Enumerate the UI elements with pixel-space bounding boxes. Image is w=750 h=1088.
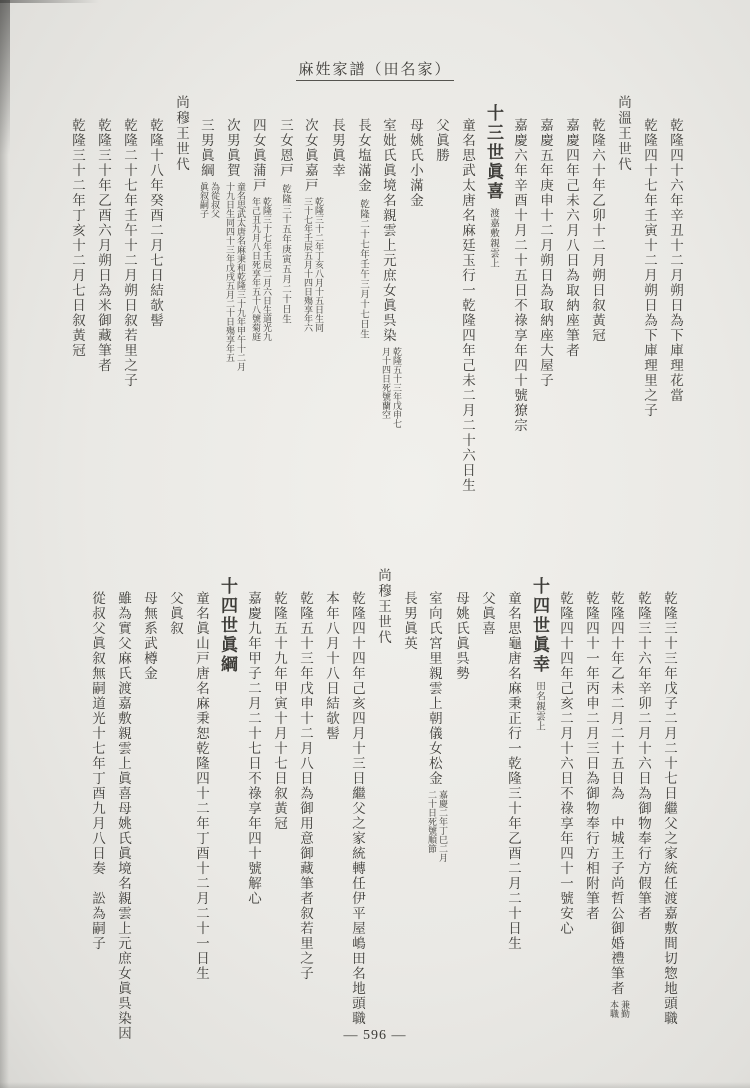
page-number: — 596 — [0, 1028, 750, 1044]
entry-text-column: 童名思武太唐名麻廷玉行一乾隆四年己未二月二十六日生 [454, 95, 480, 573]
entry-text-column: 嘉慶九年甲子二月二十七日不祿享年四十號解心 [240, 568, 266, 1073]
column-text: 乾隆四十一年丙申二月三日為御物奉行方相附筆者 [584, 591, 599, 921]
annotation-line: 為從叔父 [209, 182, 220, 218]
entry-text-column: 乾隆五十九年甲寅十月十七日叙黃冠 [266, 568, 292, 1073]
scanned-page-background: 麻姓家譜（田名家） 乾隆四十六年辛丑十二月朔日為下庫理花當乾隆四十七年壬寅十二月… [0, 0, 750, 1088]
annotation-line: 三十七年壬辰五月十四日殤享年六 [302, 197, 313, 332]
entry-text-column: 乾隆二十七年壬午十二月朔日叙若里之子 [116, 95, 142, 573]
column-text: 乾隆三十六年辛卯二月十六日為御物奉行方假筆者 [636, 591, 651, 921]
column-text: 十四世眞綱 [218, 577, 237, 675]
column-text: 長男眞英 [402, 591, 417, 651]
generation-heading-column: 十四世眞綱 [214, 568, 240, 1073]
column-text: 尚穆王世代 [376, 568, 391, 646]
inline-annotation: 田名親雲上 [534, 681, 544, 731]
reign-heading-column: 尚穆王世代 [168, 95, 194, 573]
entry-text-column: 三男眞綱為從叔父眞叙嗣子 [194, 95, 220, 573]
annotation-line: 本職 [608, 1000, 619, 1018]
column-text: 次女眞嘉戸 [303, 118, 318, 193]
column-text: 乾隆二十七年壬午十二月朔日叙若里之子 [122, 118, 137, 388]
column-text: 父眞勝 [434, 118, 449, 163]
generation-heading-column: 十四世眞幸田名親雲上 [526, 568, 552, 1073]
entry-text-column: 父眞叙 [162, 568, 188, 1073]
column-text: 尚穆王世代 [174, 95, 189, 173]
page-title-text: 麻姓家譜（田名家） [296, 62, 453, 81]
column-text: 嘉慶六年辛酉十月二十五日不祿享年四十號獠宗 [512, 118, 527, 433]
annotation-line: 兼勤 [619, 1000, 630, 1018]
annotation-line: 月十四日死號蘭空 [380, 347, 391, 428]
column-text: 室向氏宮里親雲上朝儀女松金 [427, 591, 442, 786]
column-text: 從叔父眞叙無嗣道光十七年丁酉九月八日奏 訟為嗣子 [90, 591, 105, 951]
column-text: 雖為實父麻氏渡嘉敷親雲上眞喜母姚氏眞境名親雲上元庶女眞呉染因 [116, 591, 131, 1041]
column-text: 乾隆三十年乙酉六月朔日為米御藏筆者 [96, 118, 111, 373]
entry-text-column: 乾隆四十四年己亥二月十六日不祿享年四十一號安心 [552, 568, 578, 1073]
column-text: 嘉慶五年庚申十二月朔日為取納座大屋子 [538, 118, 553, 388]
column-text: 嘉慶九年甲子二月二十七日不祿享年四十號解心 [246, 591, 261, 906]
annotation-line: 年己丑九月八日死享年五十八號菊庭 [250, 197, 261, 341]
column-text: 乾隆三十三年戊子二月二十七日繼父之家統任渡嘉敷間切惣地頭職 [662, 591, 677, 1026]
column-text: 父眞叙 [168, 591, 183, 636]
entry-text-column: 母無系武樽金 [136, 568, 162, 1073]
column-text: 嘉慶四年己未六月八日為取納座筆者 [564, 118, 579, 358]
column-text: 十四世眞幸 [530, 577, 549, 675]
column-text: 乾隆四十六年辛丑十二月朔日為下庫理花當 [668, 118, 683, 403]
column-text: 乾隆四十四年己亥四月十三日繼父之家統轉任伊平屋嶋田名地頭職 [350, 591, 365, 1026]
entry-text-column: 長男眞英 [396, 568, 422, 1073]
scan-edge-shadow-left [0, 0, 9, 1088]
column-text: 乾隆三十二年丁亥十二月七日叙黃冠 [70, 118, 85, 358]
column-text: 長男眞幸 [330, 118, 345, 178]
entry-text-column: 三女恩戸乾隆三十五年庚寅五月二十日生 [272, 95, 298, 573]
column-text: 童名思武太唐名麻廷玉行一乾隆四年己未二月二十六日生 [460, 118, 475, 493]
column-text: 童名眞山戸唐名麻秉恕乾隆四十二年丁酉十二月二十一日生 [194, 591, 209, 981]
annotation-line: 乾隆三十二年丁亥八月十五日生同 [313, 197, 324, 332]
column-text: 長女塩滿金 [356, 118, 371, 193]
entry-text-column: 乾隆四十四年己亥四月十三日繼父之家統轉任伊平屋嶋田名地頭職 [344, 568, 370, 1073]
entry-text-column: 乾隆四十年乙未二月二十五日為 中城王子尚哲公御婚禮筆者兼勤本職 [604, 568, 630, 1073]
scan-edge-shadow-top [0, 0, 220, 3]
annotation-line: 二十日死號順節 [426, 790, 437, 862]
entry-text-column: 父眞勝 [428, 95, 454, 573]
entry-text-column: 母姚氏小滿金 [402, 95, 428, 573]
entry-text-column: 乾隆三十年乙酉六月朔日為米御藏筆者 [90, 95, 116, 573]
column-text: 十三世眞喜 [484, 104, 503, 202]
entry-text-column: 長男眞幸 [324, 95, 350, 573]
column-text: 乾隆十八年癸酉二月七日結欹髻 [148, 118, 163, 328]
column-text: 三女恩戸 [278, 118, 293, 178]
column-text: 本年八月十八日結欹髻 [324, 591, 339, 741]
page-title: 麻姓家譜（田名家） [0, 58, 750, 79]
entry-text-column: 嘉慶六年辛酉十月二十五日不祿享年四十號獠宗 [506, 95, 532, 573]
entry-text-column: 童名思龜唐名麻秉正行一乾隆三十年乙酉二月二十日生 [500, 568, 526, 1073]
entry-text-column: 乾隆五十三年戊申十二月八日為御用意御藏筆者叙若里之子 [292, 568, 318, 1073]
column-text: 母姚氏眞呉勢 [454, 591, 469, 681]
inline-annotation: 渡嘉敷親雲上 [488, 208, 498, 268]
entry-text-column: 乾隆六十年乙卯十二月朔日叙黃冠 [584, 95, 610, 573]
double-line-annotation: 童名思武太唐名麻秉和乾隆三十九年甲午十二月十九日生同四十三年戊戌五月二十日殤享年… [224, 182, 246, 371]
entry-text-column: 次男眞賀童名思武太唐名麻秉和乾隆三十九年甲午十二月十九日生同四十三年戊戌五月二十… [220, 95, 246, 573]
column-text: 次男眞賀 [225, 118, 240, 178]
annotation-line: 乾隆三十七年壬辰二月六日生道光九 [261, 197, 272, 341]
entry-text-column: 長女塩滿金乾隆二十七年壬午三月十七日生 [350, 95, 376, 573]
generation-heading-column: 十三世眞喜渡嘉敷親雲上 [480, 95, 506, 573]
column-text: 三男眞綱 [199, 118, 214, 178]
entry-text-column: 本年八月十八日結欹髻 [318, 568, 344, 1073]
column-text: 乾隆四十七年壬寅十二月朔日為下庫理里之子 [642, 118, 657, 418]
column-text: 乾隆四十年乙未二月二十五日為 中城王子尚哲公御婚禮筆者 [609, 591, 624, 996]
column-text: 乾隆六十年乙卯十二月朔日叙黃冠 [590, 118, 605, 343]
entry-text-column: 室妣氏眞境名親雲上元庶女眞呉染乾隆五十三年戊申七月十四日死號蘭空 [376, 95, 402, 573]
column-text: 父眞喜 [480, 591, 495, 636]
entry-text-column: 嘉慶五年庚申十二月朔日為取納座大屋子 [532, 95, 558, 573]
column-text: 母無系武樽金 [142, 591, 157, 681]
column-text: 尚溫王世代 [616, 95, 631, 173]
column-text: 乾隆五十三年戊申十二月八日為御用意御藏筆者叙若里之子 [298, 591, 313, 981]
column-text: 四女眞蒲戸 [251, 118, 266, 193]
entry-text-column: 父眞喜 [474, 568, 500, 1073]
column-text: 室妣氏眞境名親雲上元庶女眞呉染 [381, 118, 396, 343]
inline-annotation: 乾隆三十五年庚寅五月二十日生 [280, 184, 290, 324]
entry-text-column: 乾隆四十一年丙申二月三日為御物奉行方相附筆者 [578, 568, 604, 1073]
entry-text-column: 乾隆十八年癸酉二月七日結欹髻 [142, 95, 168, 573]
annotation-line: 嘉慶二年丁巳二月 [437, 790, 448, 862]
entry-text-column: 母姚氏眞呉勢 [448, 568, 474, 1073]
double-line-annotation: 兼勤本職 [608, 1000, 630, 1018]
entry-text-column: 嘉慶四年己未六月八日為取納座筆者 [558, 95, 584, 573]
entry-text-column: 從叔父眞叙無嗣道光十七年丁酉九月八日奏 訟為嗣子 [84, 568, 110, 1073]
entry-text-column: 四女眞蒲戸乾隆三十七年壬辰二月六日生道光九年己丑九月八日死享年五十八號菊庭 [246, 95, 272, 573]
reign-heading-column: 尚溫王世代 [610, 95, 636, 573]
scan-edge-shadow-bottom [0, 1082, 750, 1088]
entry-text-column: 次女眞嘉戸乾隆三十二年丁亥八月十五日生同三十七年壬辰五月十四日殤享年六 [298, 95, 324, 573]
entry-text-column: 乾隆三十二年丁亥十二月七日叙黃冠 [64, 95, 90, 573]
entry-text-column: 乾隆三十三年戊子二月二十七日繼父之家統任渡嘉敷間切惣地頭職 [656, 568, 682, 1073]
double-line-annotation: 乾隆三十七年壬辰二月六日生道光九年己丑九月八日死享年五十八號菊庭 [250, 197, 272, 341]
bottom-text-block: 乾隆三十三年戊子二月二十七日繼父之家統任渡嘉敷間切惣地頭職乾隆三十六年辛卯二月十… [84, 568, 682, 1073]
double-line-annotation: 乾隆三十二年丁亥八月十五日生同三十七年壬辰五月十四日殤享年六 [302, 197, 324, 332]
entry-text-column: 乾隆三十六年辛卯二月十六日為御物奉行方假筆者 [630, 568, 656, 1073]
annotation-line: 眞叙嗣子 [198, 182, 209, 218]
annotation-line: 十九日生同四十三年戊戌五月二十日殤享年五 [224, 182, 235, 371]
annotation-line: 乾隆五十三年戊申七 [391, 347, 402, 428]
entry-text-column: 雖為實父麻氏渡嘉敷親雲上眞喜母姚氏眞境名親雲上元庶女眞呉染因 [110, 568, 136, 1073]
double-line-annotation: 乾隆五十三年戊申七月十四日死號蘭空 [380, 347, 402, 428]
column-text: 乾隆五十九年甲寅十月十七日叙黃冠 [272, 591, 287, 831]
double-line-annotation: 嘉慶二年丁巳二月二十日死號順節 [426, 790, 448, 862]
annotation-line: 童名思武太唐名麻秉和乾隆三十九年甲午十二月 [235, 182, 246, 371]
inline-annotation: 乾隆二十七年壬午三月十七日生 [358, 199, 368, 339]
column-text: 母姚氏小滿金 [408, 118, 423, 208]
column-text: 乾隆四十四年己亥二月十六日不祿享年四十一號安心 [558, 591, 573, 936]
top-text-block: 乾隆四十六年辛丑十二月朔日為下庫理花當乾隆四十七年壬寅十二月朔日為下庫理里之子尚… [64, 95, 688, 573]
double-line-annotation: 為從叔父眞叙嗣子 [198, 182, 220, 218]
column-text: 童名思龜唐名麻秉正行一乾隆三十年乙酉二月二十日生 [506, 591, 521, 951]
entry-text-column: 乾隆四十七年壬寅十二月朔日為下庫理里之子 [636, 95, 662, 573]
reign-heading-column: 尚穆王世代 [370, 568, 396, 1073]
entry-text-column: 乾隆四十六年辛丑十二月朔日為下庫理花當 [662, 95, 688, 573]
entry-text-column: 室向氏宮里親雲上朝儀女松金嘉慶二年丁巳二月二十日死號順節 [422, 568, 448, 1073]
entry-text-column: 童名眞山戸唐名麻秉恕乾隆四十二年丁酉十二月二十一日生 [188, 568, 214, 1073]
